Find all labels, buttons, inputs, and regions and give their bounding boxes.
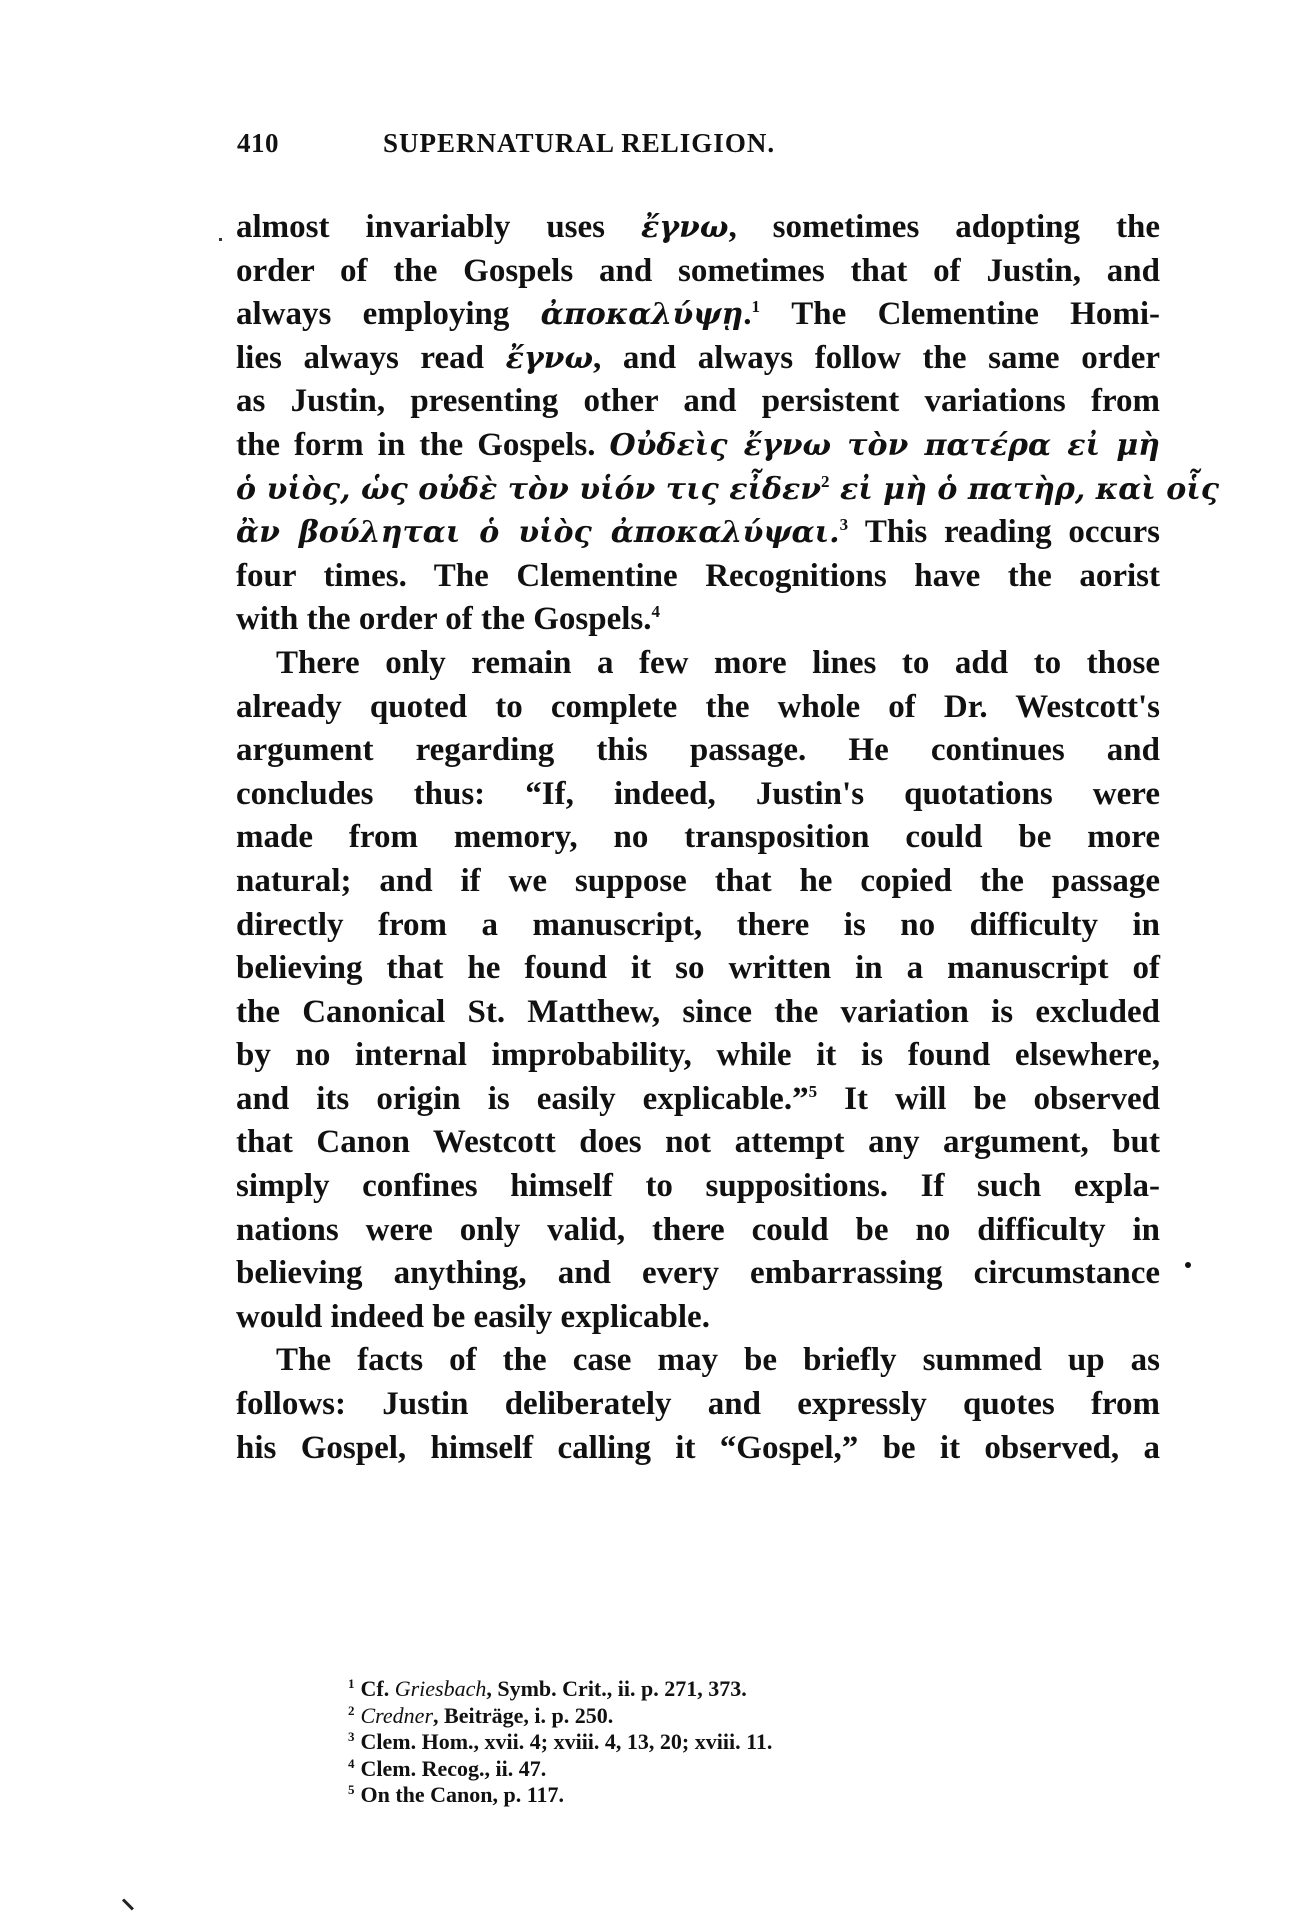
text-segment: would indeed be easily explicable. xyxy=(236,1299,710,1335)
text-line: follows: Justin deliberately and express… xyxy=(236,1383,1160,1427)
footnote-ref: 2 xyxy=(821,472,830,491)
footnote-ref: 3 xyxy=(840,515,849,534)
greek-text: ἔγνω xyxy=(641,210,728,245)
text-segment: by no internal improbability, while it i… xyxy=(236,1037,1160,1073)
greek-text: ἔγνω xyxy=(506,341,593,376)
text-line: always employing ἀποκαλύψῃ.1 The Clement… xyxy=(236,293,1160,337)
text-line: nations were only valid, there could be … xyxy=(236,1209,1160,1253)
text-segment: as Justin, presenting other and persiste… xyxy=(236,383,1160,419)
text-segment: his Gospel, himself calling it “Gospel,”… xyxy=(236,1430,1160,1466)
text-segment: believing that he found it so written in… xyxy=(236,950,1160,986)
footnote-text: , Symb. Crit., ii. p. 271, 373. xyxy=(486,1676,746,1701)
text-line: made from memory, no transposition could… xyxy=(236,816,1160,860)
text-segment: always employing xyxy=(236,296,541,332)
text-segment: and its origin is easily explicable.” xyxy=(236,1081,809,1117)
text-line: ἂν βούληται ὁ υἱὸς ἀποκαλύψαι.3 This rea… xyxy=(236,511,1160,555)
text-segment: This reading occurs xyxy=(848,514,1160,550)
text-line: natural; and if we suppose that he copie… xyxy=(236,860,1160,904)
text-segment: follows: Justin deliberately and express… xyxy=(236,1386,1160,1422)
footnote: 3Clem. Hom., xvii. 4; xviii. 4, 13, 20; … xyxy=(348,1729,1148,1756)
footnote-marker: 2 xyxy=(348,1703,355,1718)
text-line: the Canonical St. Matthew, since the var… xyxy=(236,991,1160,1035)
book-page: 410 SUPERNATURAL RELIGION. almost invari… xyxy=(0,0,1292,1925)
footnote-marker: 4 xyxy=(348,1756,355,1771)
footnote-text: Clem. Recog., ii. 47. xyxy=(361,1756,547,1781)
text-line: There only remain a few more lines to ad… xyxy=(236,642,1160,686)
text-segment: four times. The Clementine Recognitions … xyxy=(236,558,1160,594)
text-segment: believing anything, and every embarrassi… xyxy=(236,1255,1160,1291)
footnote-author: Credner xyxy=(361,1703,434,1728)
footnote-text: Cf. xyxy=(361,1676,395,1701)
body-text: almost invariably uses ἔγνω, sometimes a… xyxy=(236,206,1160,1470)
footnote-text: On the Canon, p. 117. xyxy=(361,1782,565,1807)
footnote-text: Clem. Hom., xvii. 4; xviii. 4, 13, 20; x… xyxy=(361,1729,773,1754)
text-segment: The Clementine Homi- xyxy=(760,296,1160,332)
greek-text: ὁ υἱὸς, ὡς οὐδὲ τὸν υἱόν τις εἶδεν xyxy=(236,472,821,507)
footnote-author: Griesbach xyxy=(395,1676,487,1701)
text-line: with the order of the Gospels.4 xyxy=(236,598,1160,642)
footnote: 2Credner, Beiträge, i. p. 250. xyxy=(348,1703,1148,1730)
text-line: simply confines himself to suppositions.… xyxy=(236,1165,1160,1209)
footnote-ref: 5 xyxy=(809,1082,818,1101)
text-segment: It will be observed xyxy=(817,1081,1160,1117)
text-line: his Gospel, himself calling it “Gospel,”… xyxy=(236,1427,1160,1471)
text-line: concludes thus: “If, indeed, Justin's qu… xyxy=(236,773,1160,817)
text-segment: , sometimes adopting the xyxy=(728,209,1160,245)
text-line: order of the Gospels and sometimes that … xyxy=(236,250,1160,294)
text-segment: concludes thus: “If, indeed, Justin's qu… xyxy=(236,776,1160,812)
text-segment: There only remain a few more lines to ad… xyxy=(276,645,1160,681)
text-segment: natural; and if we suppose that he copie… xyxy=(236,863,1160,899)
text-segment: lies always read xyxy=(236,340,506,376)
footnote: 1Cf. Griesbach, Symb. Crit., ii. p. 271,… xyxy=(348,1676,1148,1703)
text-line: by no internal improbability, while it i… xyxy=(236,1034,1160,1078)
text-segment: with the order of the Gospels. xyxy=(236,601,652,637)
text-line: The facts of the case may be briefly sum… xyxy=(236,1339,1160,1383)
text-segment: The facts of the case may be briefly sum… xyxy=(276,1342,1160,1378)
running-head: 410 SUPERNATURAL RELIGION. xyxy=(237,128,1157,168)
text-segment: almost invariably uses xyxy=(236,209,641,245)
footnote: 4Clem. Recog., ii. 47. xyxy=(348,1756,1148,1783)
text-line: argument regarding this passage. He cont… xyxy=(236,729,1160,773)
text-segment: made from memory, no transposition could… xyxy=(236,819,1160,855)
text-line: four times. The Clementine Recognitions … xyxy=(236,555,1160,599)
text-segment: that Canon Westcott does not attempt any… xyxy=(236,1124,1160,1160)
text-line: believing anything, and every embarrassi… xyxy=(236,1252,1160,1296)
footnote-marker: 5 xyxy=(348,1782,355,1797)
text-line: as Justin, presenting other and persiste… xyxy=(236,380,1160,424)
text-line: ὁ υἱὸς, ὡς οὐδὲ τὸν υἱόν τις εἶδεν2 εἰ μ… xyxy=(236,468,1160,512)
text-line: would indeed be easily explicable. xyxy=(236,1296,1160,1340)
greek-text: ἂν βούληται ὁ υἱὸς ἀποκαλύψαι. xyxy=(236,515,840,550)
text-segment: already quoted to complete the whole of … xyxy=(236,689,1160,725)
text-segment: the form in the Gospels. xyxy=(236,427,609,463)
footnotes: 1Cf. Griesbach, Symb. Crit., ii. p. 271,… xyxy=(348,1676,1148,1809)
text-segment: , and always follow the same order xyxy=(593,340,1160,376)
text-segment: argument regarding this passage. He cont… xyxy=(236,732,1160,768)
margin-dot xyxy=(1185,1262,1191,1268)
text-line: believing that he found it so written in… xyxy=(236,947,1160,991)
scan-speck xyxy=(219,238,222,241)
greek-text: εἰ μὴ ὁ πατὴρ, καὶ οἷς xyxy=(830,472,1220,507)
text-line: the form in the Gospels. Οὐδεὶς ἔγνω τὸν… xyxy=(236,424,1160,468)
running-title: SUPERNATURAL RELIGION. xyxy=(383,128,775,159)
text-line: that Canon Westcott does not attempt any… xyxy=(236,1121,1160,1165)
text-segment: directly from a manuscript, there is no … xyxy=(236,907,1160,943)
footnote-marker: 3 xyxy=(348,1729,355,1744)
footnote-marker: 1 xyxy=(348,1676,355,1691)
text-segment: the Canonical St. Matthew, since the var… xyxy=(236,994,1160,1030)
greek-text: ἀποκαλύψῃ xyxy=(541,297,744,332)
scan-mark xyxy=(122,1898,134,1910)
text-line: directly from a manuscript, there is no … xyxy=(236,904,1160,948)
text-line: lies always read ἔγνω, and always follow… xyxy=(236,337,1160,381)
footnote-ref: 1 xyxy=(751,297,760,316)
footnote: 5On the Canon, p. 117. xyxy=(348,1782,1148,1809)
text-segment: nations were only valid, there could be … xyxy=(236,1212,1160,1248)
footnote-text: , Beiträge, i. p. 250. xyxy=(433,1703,613,1728)
text-line: already quoted to complete the whole of … xyxy=(236,686,1160,730)
page-number: 410 xyxy=(237,128,279,159)
greek-text: Οὐδεὶς ἔγνω τὸν πατέρα εἰ μὴ xyxy=(609,428,1160,463)
text-line: almost invariably uses ἔγνω, sometimes a… xyxy=(236,206,1160,250)
text-segment: order of the Gospels and sometimes that … xyxy=(236,253,1160,289)
footnote-ref: 4 xyxy=(652,602,661,621)
text-line: and its origin is easily explicable.”5 I… xyxy=(236,1078,1160,1122)
text-segment: simply confines himself to suppositions.… xyxy=(236,1168,1160,1204)
